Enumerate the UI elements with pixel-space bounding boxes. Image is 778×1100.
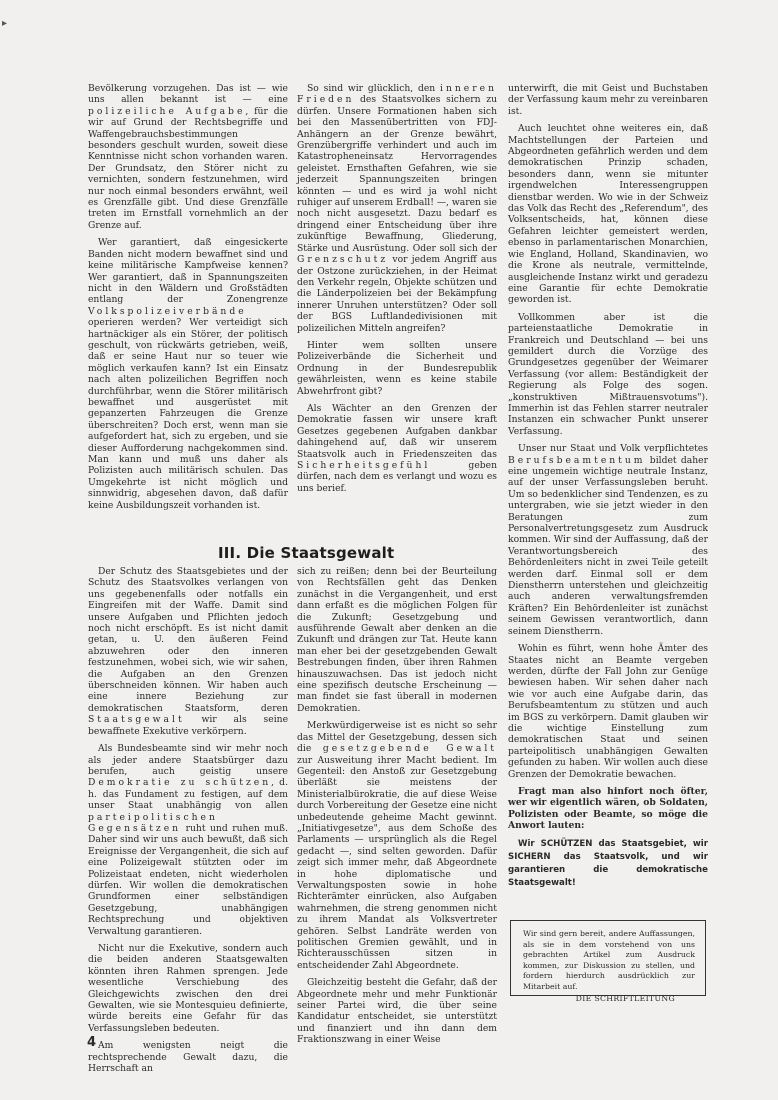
- paragraph: Vollkommen aber ist die parteienstaatlic…: [508, 312, 708, 437]
- emphasis-spaced: gesetzgebende Gewalt: [323, 743, 497, 754]
- emphasis-spaced: Sicherheitsgefühl: [297, 460, 430, 471]
- editorial-notice-box: Wir sind gern bereit, andere Auffassunge…: [510, 920, 706, 996]
- paragraph: Als Bundesbeamte sind wir mehr noch als …: [88, 743, 288, 937]
- emphasis-spaced: Demokratie zu schützen: [88, 777, 271, 788]
- paragraph: Wohin es führt, wenn hohe Ämter des Staa…: [508, 643, 708, 780]
- paragraph: Wer garantiert, daß eingesickerte Banden…: [88, 237, 288, 511]
- document-page: ▸ Bevölkerung vorzugehen. Das ist — wie …: [0, 0, 778, 1100]
- section-heading: III. Die Staatsgewalt: [218, 544, 394, 562]
- paragraph: Bevölkerung vorzugehen. Das ist — wie un…: [88, 83, 288, 231]
- notice-text: Wir sind gern bereit, andere Auffassunge…: [523, 929, 695, 992]
- emphasis-spaced: polizeiliche Aufgabe: [88, 106, 245, 117]
- paragraph: Hinter wem sollten unsere Polizeiverbänd…: [297, 340, 497, 397]
- paragraph: Am wenigsten neigt die rechtsprechende G…: [88, 1040, 288, 1074]
- column-right: unterwirft, die mit Geist und Buchstaben…: [508, 83, 708, 896]
- paragraph-bold: Fragt man also hinfort noch öfter, wer w…: [508, 786, 708, 832]
- paragraph: unterwirft, die mit Geist und Buchstaben…: [508, 83, 708, 117]
- paragraph: Auch leuchtet ohne weiteres ein, daß Mac…: [508, 123, 708, 306]
- notice-signature: DIE SCHRIFTLEITUNG: [523, 994, 695, 1005]
- paragraph: Gleichzeitig besteht die Gefahr, daß der…: [297, 977, 497, 1045]
- paragraph: Unser nur Staat und Volk verpflichtetes …: [508, 443, 708, 637]
- column-top-middle: So sind wir glücklich, den inneren Fried…: [297, 83, 497, 500]
- slogan: Wir SCHÜTZEN das Staatsgebiet, wir SICHE…: [508, 838, 708, 890]
- paragraph: Als Wächter an den Grenzen der Demokrati…: [297, 403, 497, 494]
- paragraph: So sind wir glücklich, den inneren Fried…: [297, 83, 497, 334]
- page-number: 4: [87, 1035, 96, 1050]
- column-top-left: Bevölkerung vorzugehen. Das ist — wie un…: [88, 83, 288, 517]
- paragraph: Der Schutz des Staatsgebietes und der Sc…: [88, 566, 288, 737]
- paragraph: Merkwürdigerweise ist es nicht so sehr d…: [297, 720, 497, 971]
- column-bottom-left: Der Schutz des Staatsgebietes und der Sc…: [88, 566, 288, 1080]
- emphasis-spaced: Grenzschutz: [297, 254, 388, 265]
- emphasis-spaced: Staatsgewalt: [88, 714, 185, 725]
- emphasis-spaced: Volkspolizeiverbände: [88, 306, 247, 317]
- paragraph: sich zu reißen; denn bei der Beurteilung…: [297, 566, 497, 714]
- paragraph: Nicht nur die Exekutive, sondern auch di…: [88, 943, 288, 1034]
- edge-mark: ▸: [2, 18, 7, 29]
- column-bottom-middle: sich zu reißen; denn bei der Beurteilung…: [297, 566, 497, 1052]
- emphasis-spaced: Berufsbeamtentum: [508, 455, 646, 466]
